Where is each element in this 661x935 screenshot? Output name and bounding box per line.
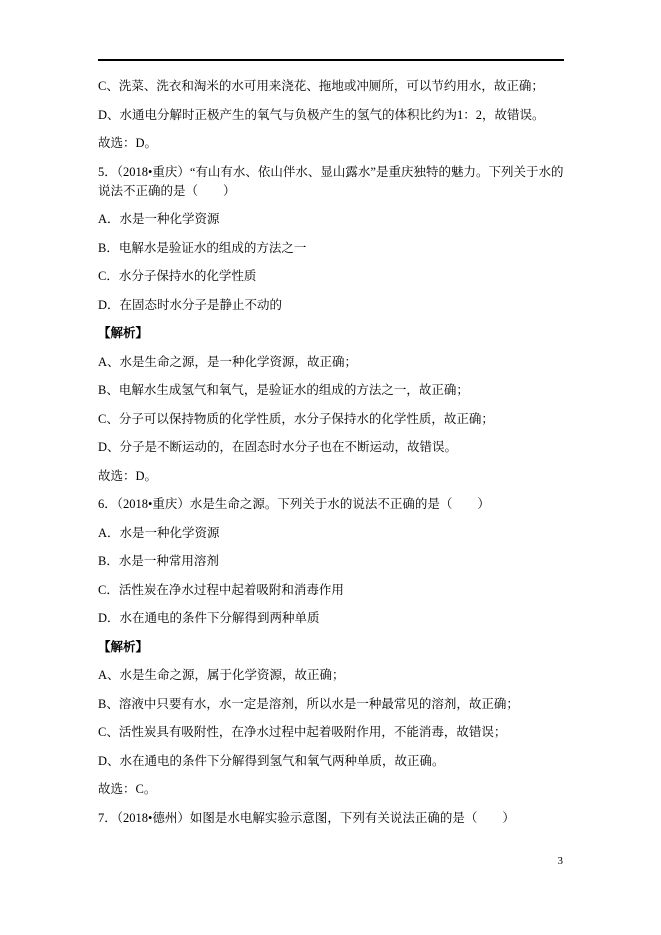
q5-analysis-label: 【解析】 bbox=[98, 324, 564, 343]
q6-option-b: B．水是一种常用溶剂 bbox=[98, 552, 564, 571]
q5-option-c: C．水分子保持水的化学性质 bbox=[98, 267, 564, 286]
page-number: 3 bbox=[558, 854, 564, 868]
header-rule bbox=[98, 59, 564, 61]
q5-analysis-b: B、电解水生成氢气和氧气，是验证水的组成的方法之一，故正确； bbox=[98, 381, 564, 400]
q6-stem: 6．（2018•重庆）水是生命之源。下列关于水的说法不正确的是（ ） bbox=[98, 495, 564, 514]
q6-analysis-d: D、水在通电的条件下分解得到氢气和氧气两种单质，故正确。 bbox=[98, 752, 564, 771]
q6-analysis-a: A、水是生命之源，属于化学资源，故正确； bbox=[98, 666, 564, 685]
q4-analysis-d: D、水通电分解时正极产生的氧气与负极产生的氢气的体积比约为1：2，故错误。 bbox=[98, 106, 564, 125]
q5-answer: 故选：D。 bbox=[98, 467, 564, 486]
q6-answer: 故选：C。 bbox=[98, 780, 564, 799]
q6-analysis-label: 【解析】 bbox=[98, 638, 564, 657]
q6-option-a: A．水是一种化学资源 bbox=[98, 524, 564, 543]
q5-option-a: A．水是一种化学资源 bbox=[98, 210, 564, 229]
q5-stem: 5．（2018•重庆）“有山有水、依山伴水、显山露水”是重庆独特的魅力。下列关于… bbox=[98, 163, 564, 201]
q4-analysis-c: C、洗菜、洗衣和淘米的水可用来浇花、拖地或冲厕所，可以节约用水，故正确； bbox=[98, 77, 564, 96]
document-page: C、洗菜、洗衣和淘米的水可用来浇花、拖地或冲厕所，可以节约用水，故正确； D、水… bbox=[0, 0, 661, 935]
q6-analysis-c: C、活性炭具有吸附性，在净水过程中起着吸附作用，不能消毒，故错误； bbox=[98, 723, 564, 742]
q6-option-d: D．水在通电的条件下分解得到两种单质 bbox=[98, 609, 564, 628]
q6-option-c: C．活性炭在净水过程中起着吸附和消毒作用 bbox=[98, 581, 564, 600]
q5-analysis-a: A、水是生命之源，是一种化学资源，故正确； bbox=[98, 353, 564, 372]
q7-stem: 7．（2018•德州）如图是水电解实验示意图，下列有关说法正确的是（ ） bbox=[98, 809, 564, 828]
q4-answer: 故选：D。 bbox=[98, 134, 564, 153]
q5-analysis-d: D、分子是不断运动的，在固态时水分子也在不断运动，故错误。 bbox=[98, 438, 564, 457]
q5-option-d: D．在固态时水分子是静止不动的 bbox=[98, 296, 564, 315]
document-body: C、洗菜、洗衣和淘米的水可用来浇花、拖地或冲厕所，可以节约用水，故正确； D、水… bbox=[98, 59, 564, 837]
q5-option-b: B．电解水是验证水的组成的方法之一 bbox=[98, 239, 564, 258]
q6-analysis-b: B、溶液中只要有水，水一定是溶剂，所以水是一种最常见的溶剂，故正确； bbox=[98, 695, 564, 714]
q5-analysis-c: C、分子可以保持物质的化学性质，水分子保持水的化学性质，故正确； bbox=[98, 410, 564, 429]
